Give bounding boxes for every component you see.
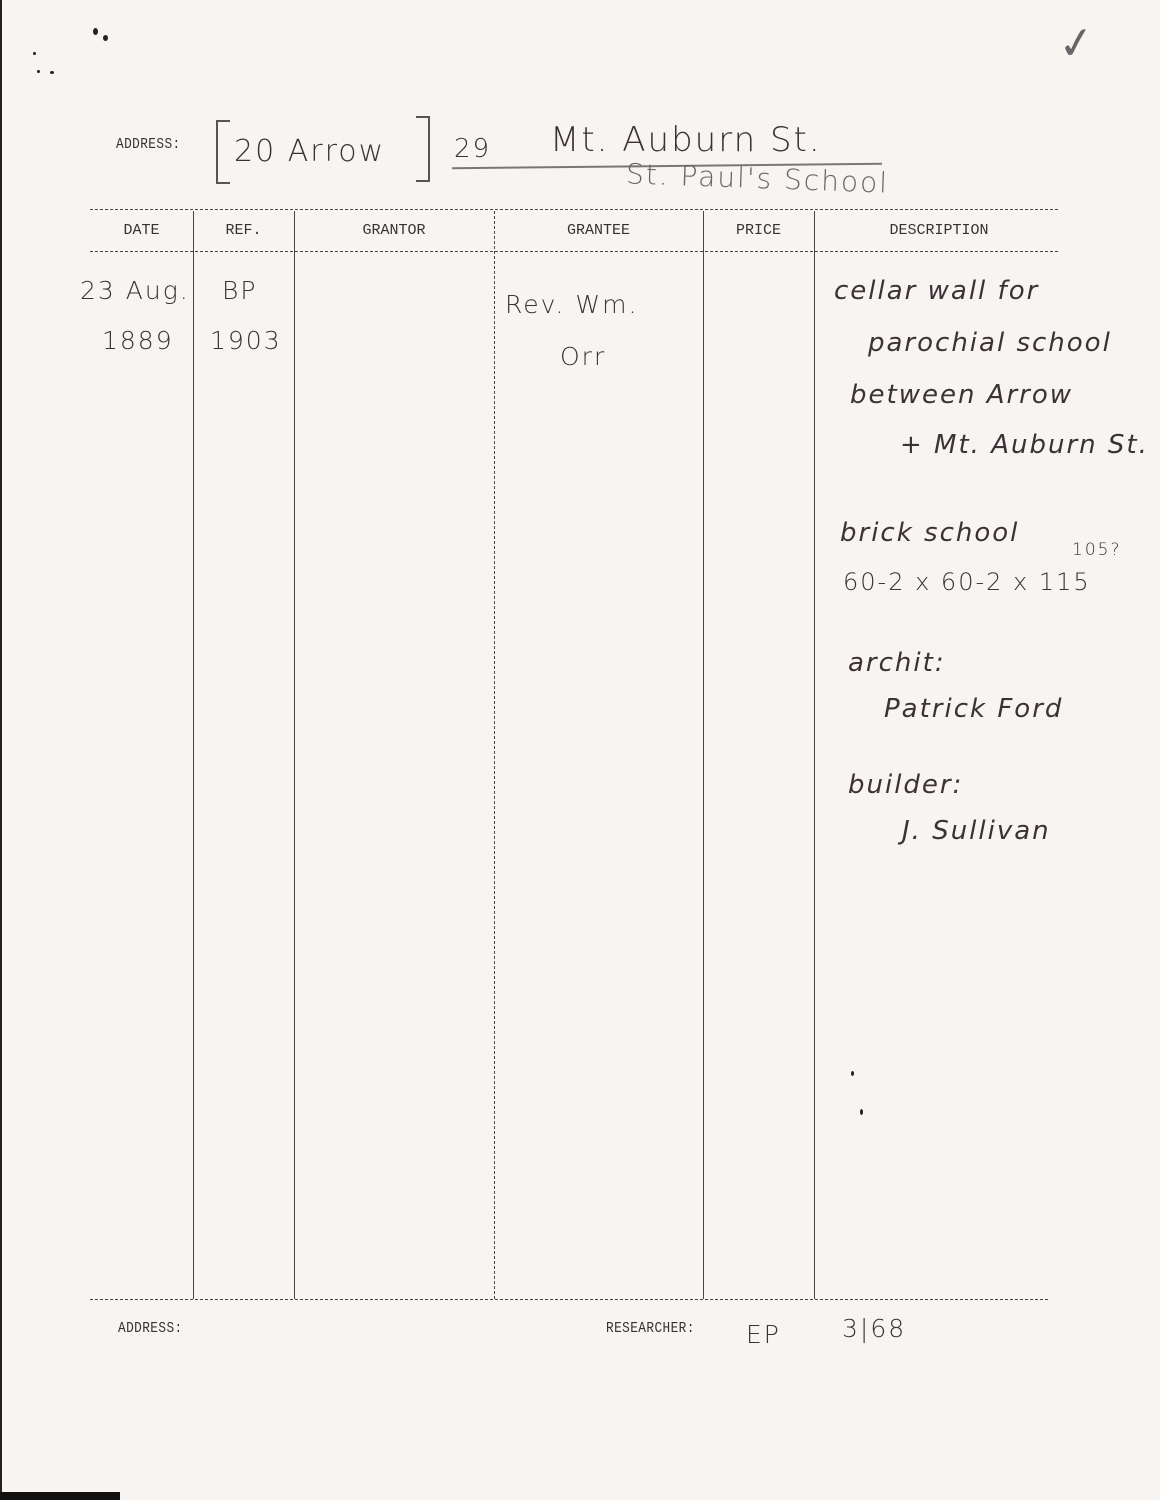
row-grantee-line2: Orr	[560, 342, 606, 371]
description-line: between Arrow	[850, 380, 1073, 410]
column-divider	[193, 211, 194, 1299]
row-ref-page: 1903	[210, 326, 282, 355]
column-divider	[814, 211, 815, 1299]
ink-speck	[37, 70, 40, 73]
column-header-ref: REF.	[193, 222, 294, 244]
description-line: Patrick Ford	[884, 694, 1063, 724]
column-header-description: DESCRIPTION	[814, 222, 1064, 244]
bracketed-address: 20 Arrow	[234, 134, 385, 169]
address-label: ADDRESS:	[116, 136, 181, 153]
column-divider	[703, 211, 704, 1299]
ink-speck	[860, 1109, 863, 1115]
row-date-day-month: 23 Aug.	[80, 276, 190, 305]
researcher-initials: EP	[746, 1320, 781, 1349]
description-line: J. Sullivan	[902, 816, 1051, 846]
bracket-right	[416, 116, 430, 182]
description-annotation: 105?	[1072, 540, 1121, 560]
scan-edge-left	[0, 0, 2, 1500]
row-grantee-line1: Rev. Wm.	[505, 290, 638, 319]
table-bottom-rule	[90, 1299, 1048, 1300]
description-line: archit:	[848, 648, 946, 678]
table-header-rule	[90, 251, 1058, 252]
ink-speck	[93, 28, 98, 35]
ink-speck	[33, 52, 36, 55]
column-header-grantor: GRANTOR	[294, 222, 494, 244]
column-header-date: DATE	[90, 222, 193, 244]
description-line: builder:	[848, 770, 963, 800]
row-ref-book: BP	[222, 276, 257, 305]
checkmark-icon: ✓	[1055, 16, 1101, 72]
footer-address-label: ADDRESS:	[118, 1320, 183, 1337]
description-line: 60-2 x 60-2 x 115	[843, 568, 1091, 596]
scan-edge-bottom	[0, 1492, 120, 1500]
description-line: + Mt. Auburn St.	[900, 430, 1149, 460]
ink-speck	[851, 1071, 854, 1076]
description-line: parochial school	[868, 328, 1112, 358]
description-line: cellar wall for	[834, 276, 1039, 306]
address-number: 29	[454, 134, 491, 164]
row-date-year: 1889	[102, 326, 174, 355]
column-header-grantee: GRANTEE	[494, 222, 703, 244]
researcher-label: RESEARCHER:	[606, 1320, 695, 1337]
address-street: Mt. Auburn St.	[550, 120, 822, 160]
bracket-left	[216, 120, 230, 184]
column-divider	[494, 211, 495, 1299]
column-divider	[294, 211, 295, 1299]
column-header-price: PRICE	[703, 222, 814, 244]
table-top-rule	[90, 209, 1058, 210]
ink-speck	[103, 35, 108, 41]
researcher-date: 3|68	[842, 1314, 906, 1343]
description-line: brick school	[840, 518, 1019, 548]
ink-speck	[50, 71, 54, 74]
